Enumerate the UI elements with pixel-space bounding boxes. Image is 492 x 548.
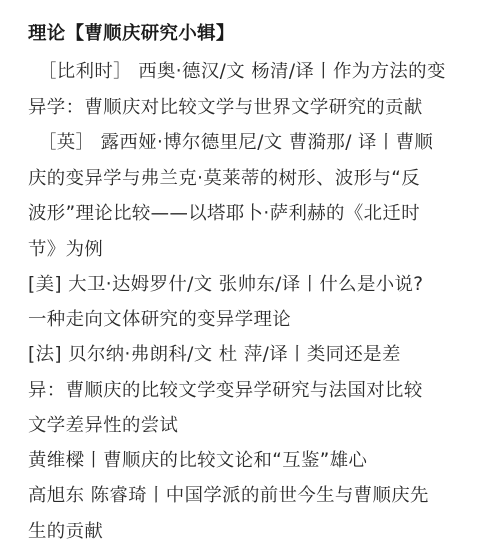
article-6-line-2: 生的贡献	[28, 520, 103, 544]
article-1-line-2: 异学：曹顺庆对比较文学与世界文学研究的贡献	[28, 96, 423, 120]
article-5-line-1: 黄维樑丨曹顺庆的比较文论和“互鉴”雄心	[28, 449, 367, 473]
article-2-line-2: 庆的变异学与弗兰克·莫莱蒂的树形、波形与“反	[28, 167, 420, 191]
section-title: 理论【曹顺庆研究小辑】	[28, 22, 235, 46]
article-6-line-1: 高旭东 陈睿琦丨中国学派的前世今生与曹顺庆先	[28, 484, 429, 508]
article-2-line-4: 节》为例	[28, 238, 103, 262]
article-4-line-3: 文学差异性的尝试	[28, 414, 178, 438]
article-3-line-1: [美] 大卫·达姆罗什/文 张帅东/译丨什么是小说?	[28, 273, 423, 297]
article-4-line-1: [法] 贝尔纳·弗朗科/文 杜 萍/译丨类同还是差	[28, 343, 401, 367]
article-2-line-3: 波形”理论比较——以塔耶卜·萨利赫的《北迁时	[28, 202, 420, 226]
article-4-line-2: 异：曹顺庆的比较文学变异学研究与法国对比较	[28, 379, 423, 403]
article-1-line-1: ［比利时］ 西奥·德汉/文 杨清/译丨作为方法的变	[38, 60, 446, 84]
article-2-line-1: ［英］ 露西娅·博尔德里尼/文 曹漪那/ 译丨曹顺	[38, 131, 433, 155]
article-3-line-2: 一种走向文体研究的变异学理论	[28, 308, 291, 332]
